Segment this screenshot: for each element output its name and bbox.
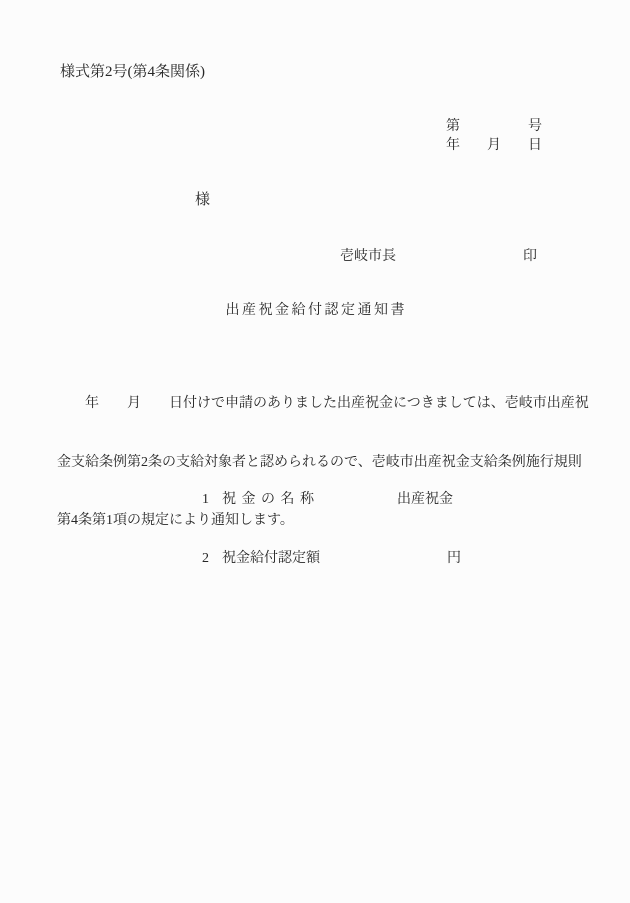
sender-line: 壱岐市長 印 (340, 249, 537, 265)
document-page: 様式第2号(第4条関係) 第 号 年 月 日 様 壱岐市長 印 出産祝金給付認定… (0, 0, 630, 903)
date-row: 年 月 日 (446, 136, 542, 155)
sender-title: 壱岐市長 (340, 249, 396, 265)
item-1-value: 出産祝金 (397, 492, 453, 508)
item-2-label: 祝金給付認定額 (222, 551, 320, 567)
addressee-line: 様 (195, 192, 210, 208)
body-line-2: 金支給条例第2条の支給対象者と認められるので、壱岐市出産祝金支給条例施行規則 (57, 453, 589, 473)
body-line-3: 第4条第1項の規定により通知します。 (57, 511, 589, 531)
item-2-number: 2 (202, 551, 209, 567)
date-year-label: 年 (446, 136, 460, 155)
item-1-label: 祝金の名称 (222, 492, 320, 508)
item-2-unit: 円 (447, 551, 461, 567)
body-paragraph: 年 月 日付けで申請のありました出産祝金につきましては、壱岐市出産祝 金支給条例… (57, 355, 589, 570)
seal-mark: 印 (523, 249, 537, 265)
body-line-1: 年 月 日付けで申請のありました出産祝金につきましては、壱岐市出産祝 (57, 394, 589, 414)
document-title: 出産祝金給付認定通知書 (0, 302, 630, 319)
doc-number-prefix: 第 (446, 117, 460, 136)
addressee-honorific: 様 (195, 192, 210, 208)
form-number-label: 様式第2号(第4条関係) (60, 64, 205, 80)
date-month-label: 月 (487, 136, 501, 155)
document-meta: 第 号 年 月 日 (446, 117, 542, 155)
document-number-row: 第 号 (446, 117, 542, 136)
item-approved-amount: 2 祝金給付認定額 円 (0, 551, 630, 568)
date-day-label: 日 (528, 136, 542, 155)
doc-number-suffix: 号 (528, 117, 542, 136)
item-gift-name: 1 祝金の名称 出産祝金 (0, 492, 630, 509)
item-1-number: 1 (202, 492, 209, 508)
